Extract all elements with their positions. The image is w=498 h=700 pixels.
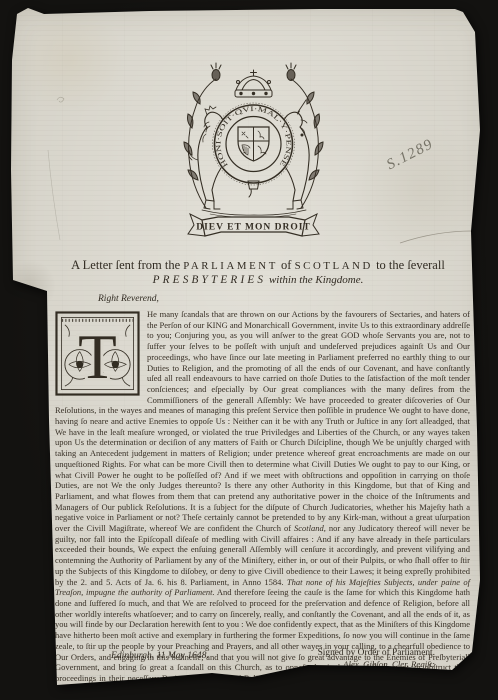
woodcut-initial-letter: T T — [55, 311, 140, 396]
signed-by-order: Signed by Order of Parliament. — [300, 648, 435, 658]
title-text: to the ſeverall — [376, 258, 445, 272]
motto-banner-text: DIEV ET MON DROIT — [196, 223, 311, 233]
title-presbyteries: PRESBYTERIES — [153, 274, 267, 286]
document-title-line1: A Letter ſent from the PARLIAMENT of SCO… — [48, 258, 468, 273]
letter-body: T T He many ſcandals that are thrown on … — [55, 309, 470, 694]
royal-coat-of-arms-woodcut: HONI·SOIT·QVI·MAL·Y·PENSE DIEV ET MON DR… — [176, 60, 331, 245]
title-of: of — [281, 258, 291, 272]
crown-icon — [235, 70, 272, 97]
letter-document-paper: HONI·SOIT·QVI·MAL·Y·PENSE DIEV ET MON DR… — [0, 0, 498, 700]
dateline: Edinburgh, 11 May 1648. — [111, 650, 209, 661]
body-text: And therefore ſeeing the cauſe is the ſa… — [55, 587, 470, 693]
body-text-italic: Scotland — [294, 523, 324, 533]
thistle-icon — [287, 70, 295, 81]
handwritten-shelfmark: S.1289 — [384, 118, 472, 174]
initial-letter: T — [78, 322, 117, 392]
pencil-mark — [57, 97, 64, 102]
signature-block: Signed by Order of Parliament. Alex. Gib… — [300, 648, 435, 669]
photo-background: HONI·SOIT·QVI·MAL·Y·PENSE DIEV ET MON DR… — [0, 0, 498, 700]
thistle-icon — [212, 70, 220, 81]
unicorn-supporter — [284, 100, 309, 209]
quartered-shield — [238, 127, 269, 161]
document-title-line2: PRESBYTERIES within the Kingdome. — [48, 274, 468, 286]
salutation: Right Reverend, — [98, 294, 159, 304]
arms-ornament — [184, 63, 323, 236]
title-parliament: PARLIAMENT — [183, 260, 278, 272]
paper-wrapper: HONI·SOIT·QVI·MAL·Y·PENSE DIEV ET MON DR… — [0, 0, 498, 700]
harp-icon — [242, 145, 250, 155]
title-text: A Letter ſent from the — [71, 258, 180, 272]
clerk-signature: Alex. Gibſon, Cler. Regiſt: — [300, 659, 435, 669]
title-scotland: SCOTLAND — [295, 260, 373, 272]
title-kingdome: within the Kingdome. — [269, 274, 363, 286]
